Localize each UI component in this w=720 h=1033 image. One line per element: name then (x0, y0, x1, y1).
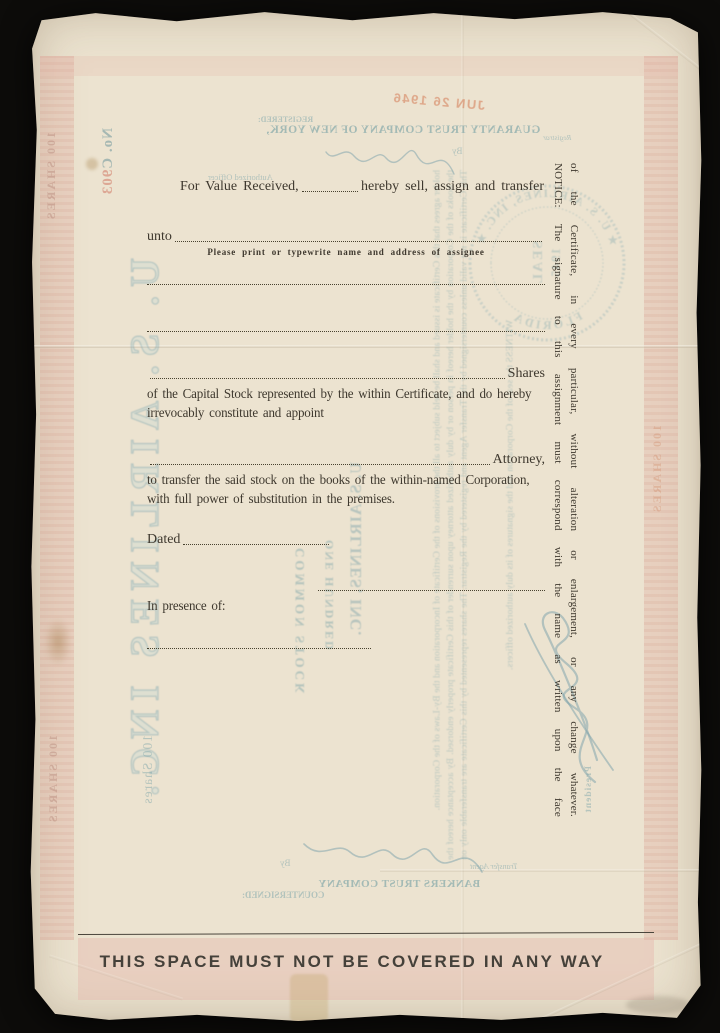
blank-line (147, 331, 545, 332)
shares-label: Shares (508, 366, 545, 382)
ghost-shares-border: 100 SHARES (46, 735, 61, 885)
dated-line: Dated (147, 532, 332, 548)
ghost-transfer-bank: BANKERS TRUST COMPANY (318, 878, 480, 890)
ghost-common-stock: COMMON STOCK (292, 548, 308, 743)
ghost-one-hundred: ONE HUNDRED (322, 540, 337, 710)
dotted-leader (302, 191, 358, 192)
ghost-by-label: By (280, 858, 291, 868)
scanned-stock-certificate-back: U. S. AIRLINES INC. No. C903 REGISTERED:… (0, 0, 720, 1033)
stain (86, 158, 98, 170)
transfer-line: to transfer the said stock on the books … (147, 473, 529, 489)
footer-warning: THIS SPACE MUST NOT BE COVERED IN ANY WA… (66, 952, 638, 972)
dotted-leader (183, 544, 329, 545)
ghost-shares-small: 100 Shares (140, 735, 156, 850)
ghost-countersigned-label: COUNTERSIGNED: (242, 890, 325, 900)
top-border-strip (40, 56, 678, 76)
dotted-leader (175, 241, 542, 242)
dotted-leader (150, 464, 490, 465)
ghost-face-paragraph: This Certificate is not valid unless cou… (372, 170, 472, 860)
attorney-line: Attorney, (147, 452, 545, 468)
serial-prefix: No. C (100, 128, 116, 170)
ghost-shares-border: 100 SHARES (650, 425, 665, 570)
blank-line (147, 284, 545, 285)
seal-center-seal-text: SEAL (531, 241, 546, 286)
presence-signature-line (147, 648, 371, 649)
attorney-label: Attorney, (493, 452, 545, 468)
capital-stock-line: of the Capital Stock represented by the … (147, 387, 531, 403)
ghost-registrar-label: Registrar (543, 133, 571, 142)
dotted-leader (150, 378, 505, 379)
notice-text: NOTICE: The signature to this assignment… (550, 163, 588, 817)
value-received-line: For Value Received, hereby sell, assign … (180, 179, 544, 195)
unto-label: unto (147, 229, 172, 245)
dated-label: Dated (147, 532, 180, 548)
value-received-prefix: For Value Received, (180, 179, 299, 195)
ghost-serial-number: No. C903 (100, 128, 117, 358)
notice-line-1: NOTICE: The signature to this assignment… (550, 163, 566, 817)
in-presence-of-label: In presence of: (147, 599, 225, 615)
notice-line-2: of the Certificate, in every particular,… (566, 163, 582, 817)
value-received-suffix: hereby sell, assign and transfer (361, 179, 544, 195)
shares-line: Shares (147, 366, 545, 382)
ghost-transfer-agent-label: Transfer Agent (470, 862, 518, 871)
serial-digits: 903 (100, 170, 116, 196)
witness-signature-line (318, 590, 545, 591)
ghost-registered-label: REGISTERED: (258, 115, 313, 124)
substitution-line: with full power of substitution in the p… (147, 492, 395, 508)
assignee-caption: Please print or typewrite name and addre… (160, 247, 532, 257)
ghost-shares-border: 100 SHARES (44, 132, 59, 277)
appoint-line: irrevocably constitute and appoint (147, 406, 324, 422)
unto-line: unto (147, 229, 545, 245)
